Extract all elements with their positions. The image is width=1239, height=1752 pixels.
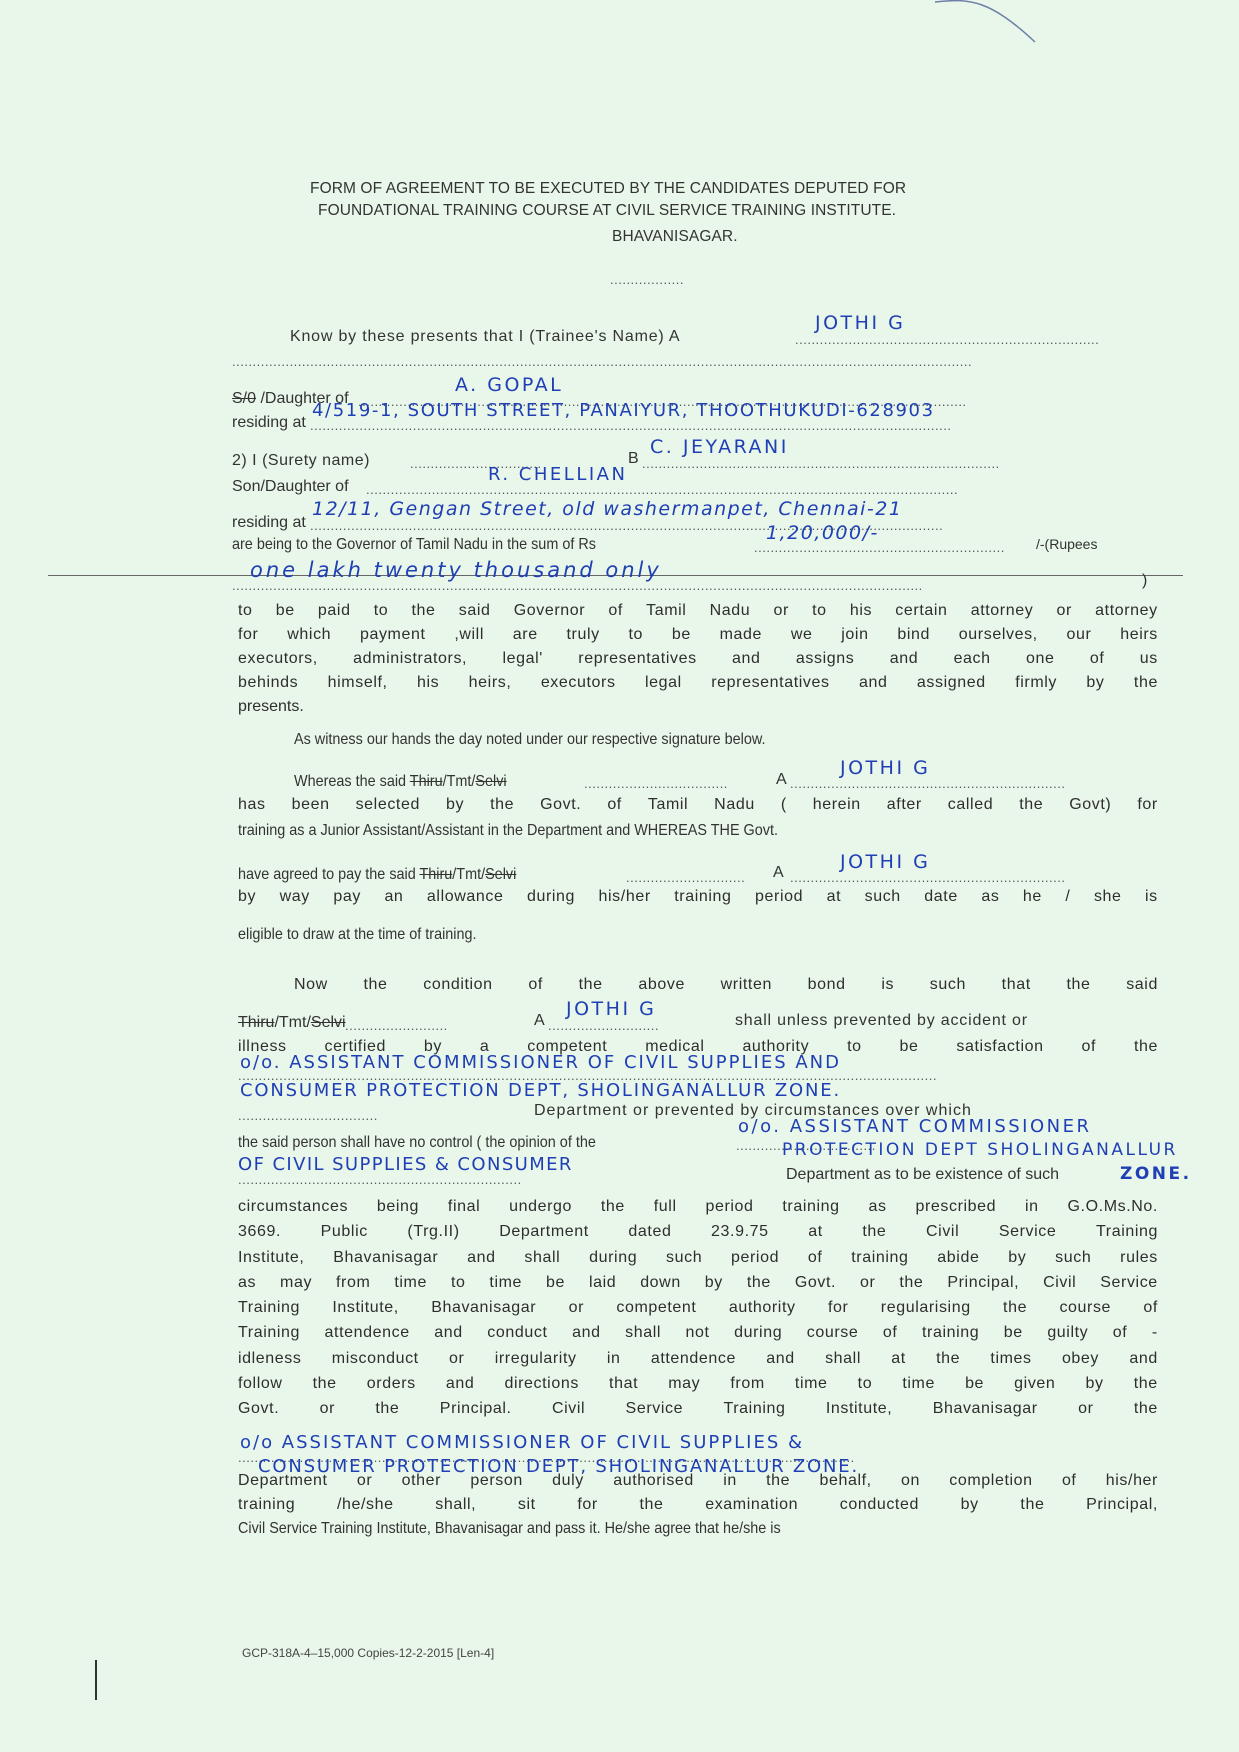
surety-name-dots-2: ........................................… [642,456,1000,471]
sum-amount-value: 1,20,000/- [766,522,879,544]
trainee-residing-label: residing at [232,414,306,432]
agreed-initial: A [773,864,784,882]
witness-line: As witness our hands the day noted under… [294,731,765,749]
surety-parent-label: Son/Daughter of [232,478,349,496]
words-close-paren: ) [1142,572,1147,590]
para3-line: Civil Service Training Institute, Bhavan… [238,1520,1066,1542]
para1-line: executors,administrators,legal'represent… [238,650,1158,674]
condition-opinion-label: the said person shall have no control ( … [238,1134,596,1152]
para2-line: Trainingattendenceandconductandshallnotd… [238,1324,1158,1349]
sum-in-words-value: one lakh twenty thousand only [250,558,662,582]
condition-dept-hand-2: CONSUMER PROTECTION DEPT, SHOLINGANALLUR… [240,1080,841,1101]
pen-stroke-mark [930,0,1050,50]
para2-line: followtheordersanddirectionsthatmayfromt… [238,1375,1158,1400]
agreed-line-2: bywaypayanallowanceduringhis/hertraining… [238,888,1158,912]
condition-dots-2: ........................... [548,1018,659,1033]
para2-line: asmayfromtimetotimebelaiddownbytheGovt.o… [238,1274,1158,1299]
whereas-dots-1: ................................... [584,776,728,791]
trainee-name-dots: ........................................… [795,332,1099,347]
condition-opinion-hand-3: OF CIVIL SUPPLIES & CONSUMER [238,1154,573,1175]
para2-line: Institute,Bhavanisagarandshallduringsuch… [238,1249,1158,1274]
trainee-address-value: 4/519-1, SOUTH STREET, PANAIYUR, THOOTHU… [312,400,935,421]
para3-line: Departmentorotherpersondulyauthorisedint… [238,1472,1158,1496]
condition-initial: A [534,1012,545,1030]
agreed-dots-1: ............................. [626,870,745,885]
condition-after-name: shall unless prevented by accident or [735,1012,1028,1030]
para1-line: forwhichpayment,willaretrulytobemadewejo… [238,626,1158,650]
blank-line-dots: ........................................… [232,354,972,369]
whereas-line-2: hasbeenselectedbytheGovt.ofTamilNadu(her… [238,796,1158,820]
paragraph-training-terms: circumstancesbeingfinalundergothefullper… [238,1198,1158,1426]
surety-parent-value: R. CHELLIAN [488,464,627,485]
whereas-name-value: JOTHI G [840,757,930,779]
sum-label: are being to the Governor of Tamil Nadu … [232,536,596,554]
condition-name-value: JOTHI G [566,998,656,1020]
condition-dept-dots-2: .................................. [238,1108,378,1123]
dept2-hand-1: o/o ASSISTANT COMMISSIONER OF CIVIL SUPP… [240,1432,804,1453]
title-line-1: FORM OF AGREEMENT TO BE EXECUTED BY THE … [310,180,906,198]
condition-thiru-label: Thiru/Tmt/Selvi [238,1014,346,1032]
para2-line: Govt.orthePrincipal.CivilServiceTraining… [238,1400,1158,1425]
whereas-label: Whereas the said Thiru/Tmt/Selvi [294,773,507,791]
agreed-line-3: eligible to draw at the time of training… [238,926,477,944]
condition-opinion-hand-2: PROTECTION DEPT SHOLINGANALLUR [782,1140,1178,1160]
condition-dots-1: ......................... [345,1018,448,1033]
trainee-name-label: Know by these presents that I (Trainee's… [290,328,680,346]
rupees-label: /-(Rupees [1036,536,1097,552]
para2-line: circumstancesbeingfinalundergothefullper… [238,1198,1158,1223]
condition-zone-hand: ZONE. [1120,1164,1192,1184]
para1-line: behindshimself,hisheirs,executorslegalre… [238,674,1158,698]
paragraph-bond: tobepaidtothesaidGovernorofTamilNaduorto… [238,602,1158,720]
print-footer: GCP-318A-4–15,000 Copies-12-2-2015 [Len-… [242,1646,494,1660]
surety-address-value: 12/11, Gengan Street, old washermanpet, … [312,498,902,520]
whereas-line-3: training as a Junior Assistant/Assistant… [238,822,778,840]
condition-opinion-hand-1: o/o. ASSISTANT COMMISSIONER [738,1116,1092,1137]
surety-residing-label: residing at [232,514,306,532]
agreed-label: have agreed to pay the said Thiru/Tmt/Se… [238,866,516,884]
para2-line: idlenessmisconductorirregularityinattend… [238,1350,1158,1375]
para1-line: tobepaidtothesaidGovernorofTamilNaduorto… [238,602,1158,626]
surety-name-value: C. JEYARANI [650,436,789,458]
surety-name-label: 2) I (Surety name) [232,452,370,470]
surety-initial: B [628,450,639,468]
trainee-parent-value: A. GOPAL [455,374,563,396]
surety-parent-dots: ........................................… [366,482,958,497]
para2-line: TrainingInstitute,Bhavanisagarorcompeten… [238,1299,1158,1324]
paragraph-examination: Departmentorotherpersondulyauthorisedint… [238,1472,1158,1542]
scanned-agreement-page: FORM OF AGREEMENT TO BE EXECUTED BY THE … [0,0,1239,1752]
para3-line: training/he/sheshall,sitfortheexaminatio… [238,1496,1158,1520]
condition-dept-hand-1: o/o. ASSISTANT COMMISSIONER OF CIVIL SUP… [240,1052,841,1073]
title-line-3: BHAVANISAGAR. [612,228,738,246]
agreed-name-value: JOTHI G [840,851,930,873]
title-underline-dots: .................. [610,272,684,287]
para1-line: presents. [238,698,1158,720]
margin-pen-mark [95,1660,97,1700]
condition-line-1: Nowtheconditionoftheabovewrittenbondissu… [294,976,1158,994]
para2-line: 3669.Public(Trg.II)Departmentdated23.9.7… [238,1223,1158,1248]
whereas-initial: A [776,771,787,789]
title-line-2: FOUNDATIONAL TRAINING COURSE AT CIVIL SE… [318,202,896,220]
condition-dept-line-2: Department as to be existence of such [786,1166,1059,1184]
trainee-name-value: JOTHI G [815,312,905,334]
